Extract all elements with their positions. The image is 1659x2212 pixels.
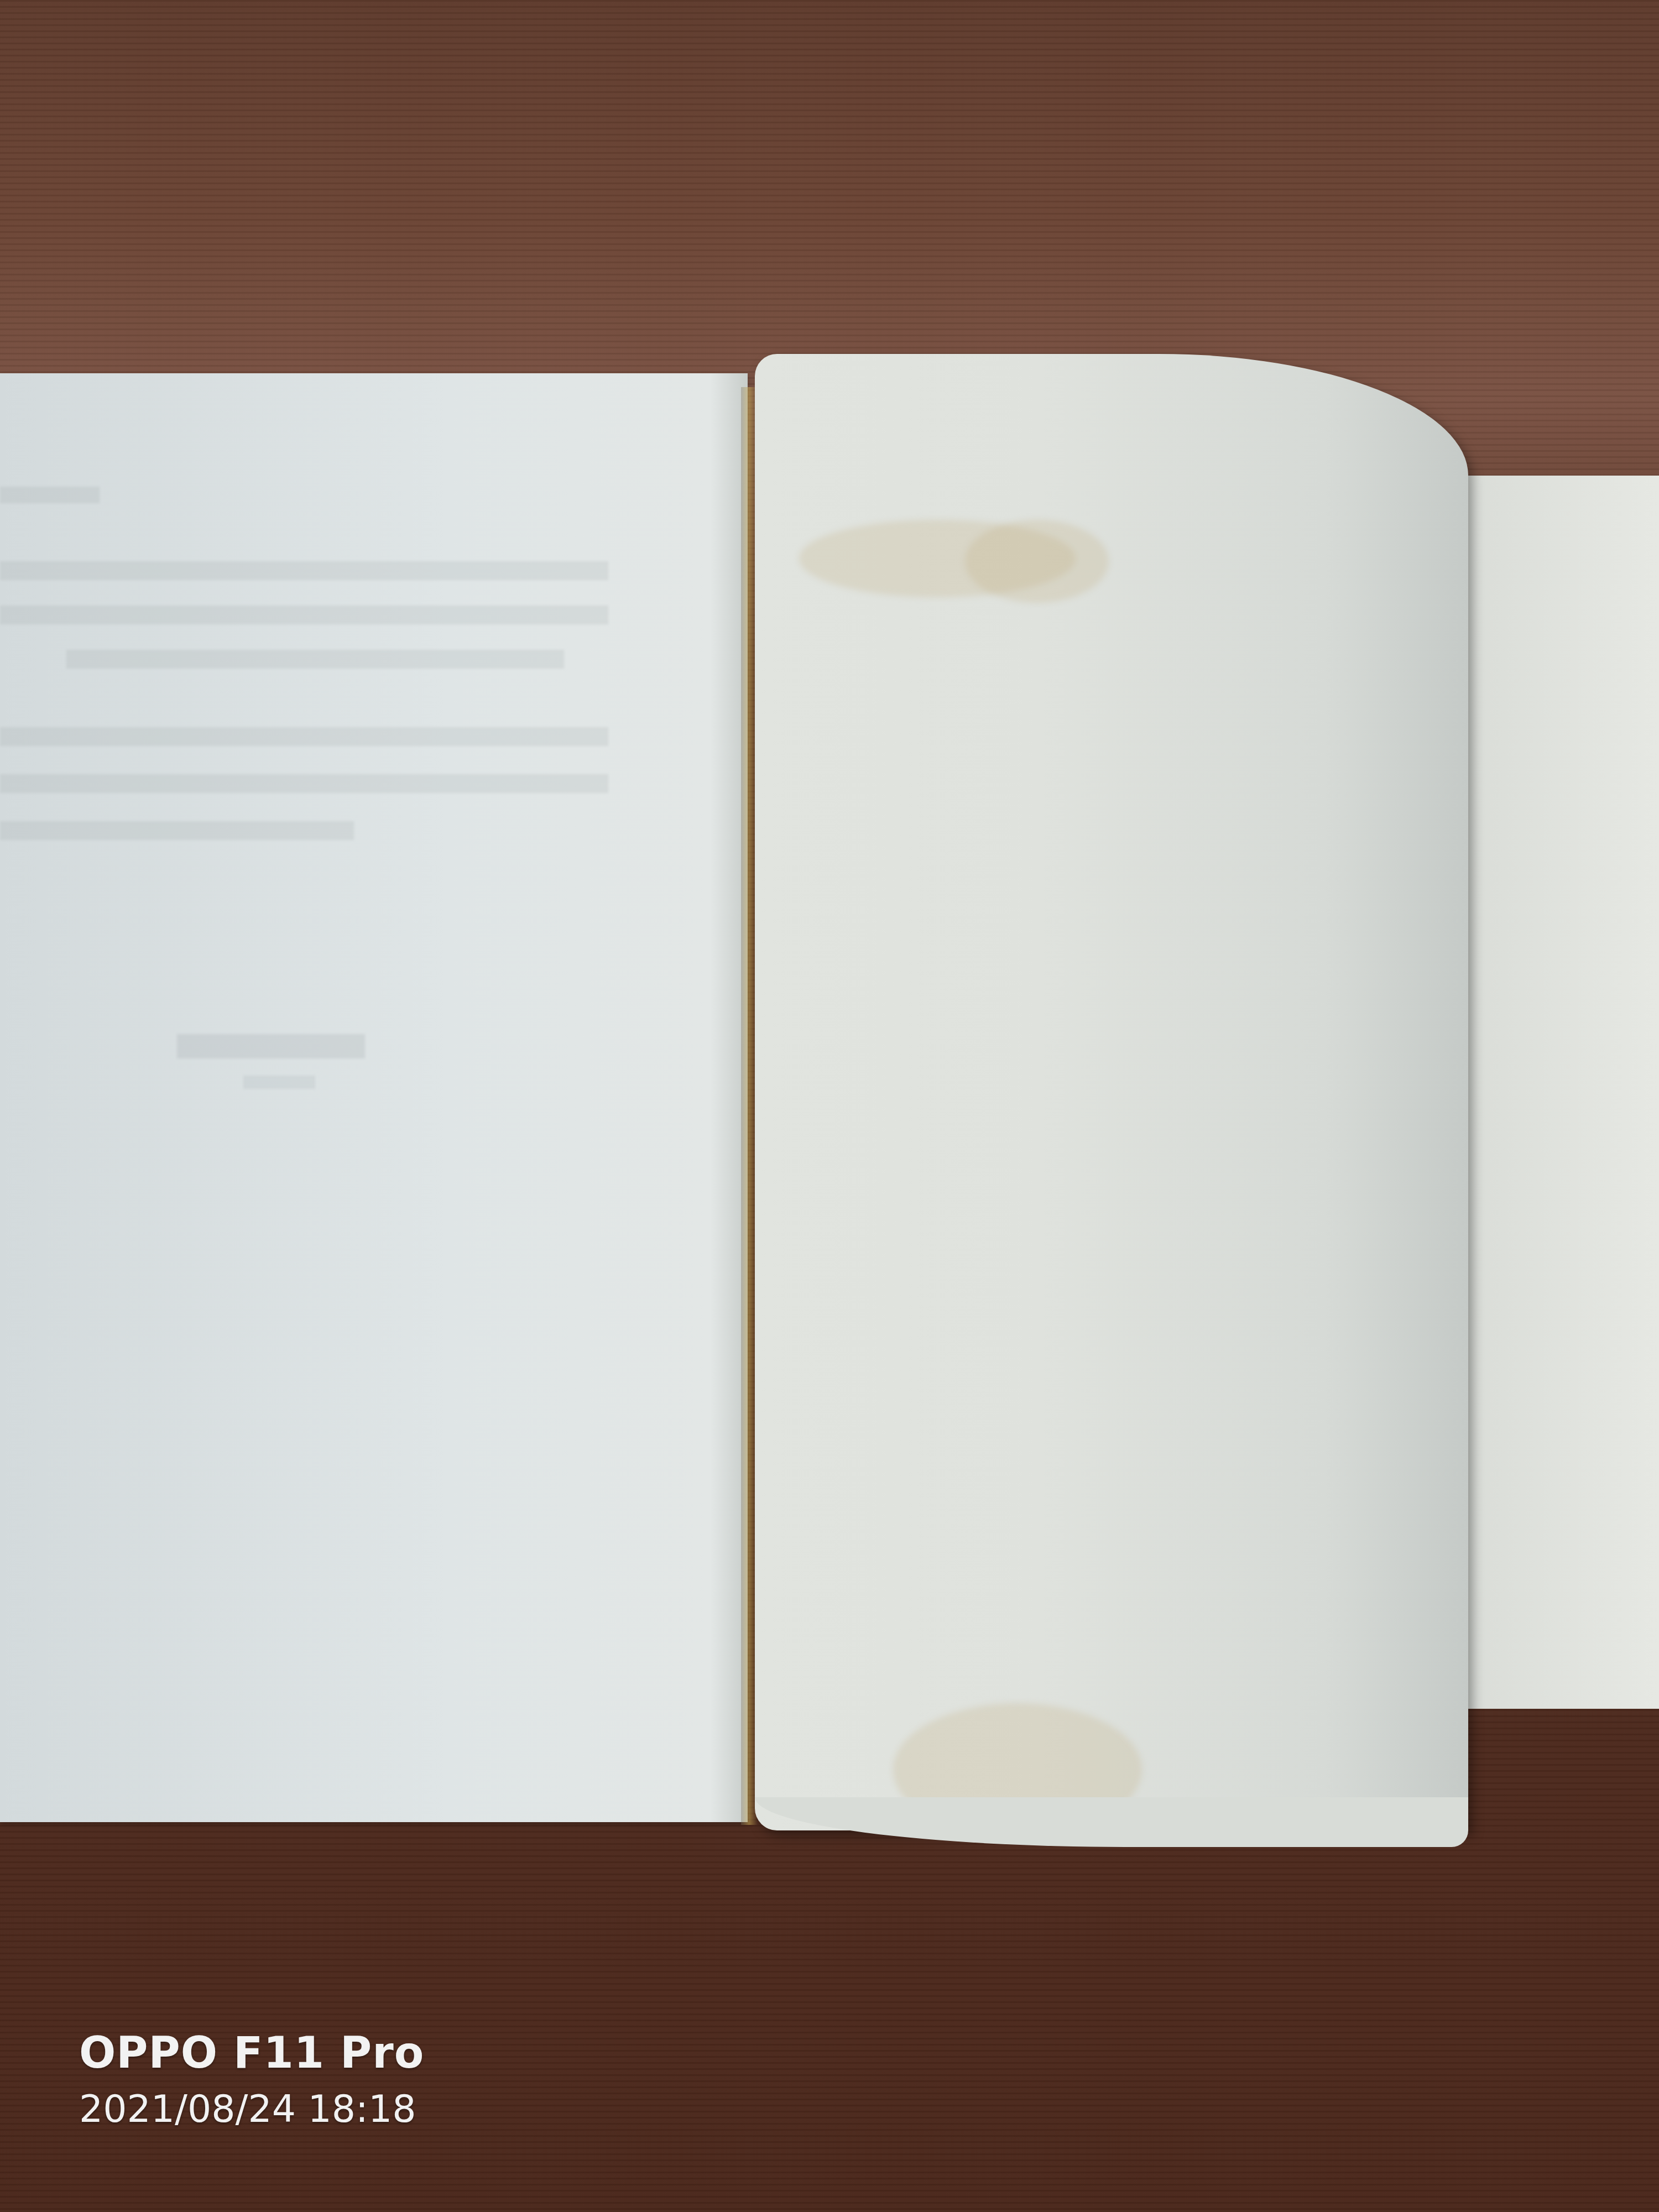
water-stain-top <box>965 520 1109 603</box>
ghost-text-line <box>0 727 608 746</box>
left-page <box>0 373 748 1822</box>
right-page <box>1454 476 1659 1709</box>
ghost-subtitle <box>243 1076 315 1089</box>
ghost-text-line <box>0 487 100 503</box>
water-stain-bottom <box>893 1703 1142 1836</box>
ghost-signature <box>177 1034 365 1058</box>
curled-page <box>755 354 1468 1830</box>
datetime-watermark: 2021/08/24 18:18 <box>79 2088 416 2131</box>
ghost-text-line <box>0 774 608 793</box>
ghost-text-line <box>0 561 608 580</box>
ghost-text-line <box>0 606 608 624</box>
ghost-text-line <box>0 821 354 840</box>
ghost-text-line <box>66 650 564 669</box>
camera-model-watermark: OPPO F11 Pro <box>79 2028 424 2078</box>
